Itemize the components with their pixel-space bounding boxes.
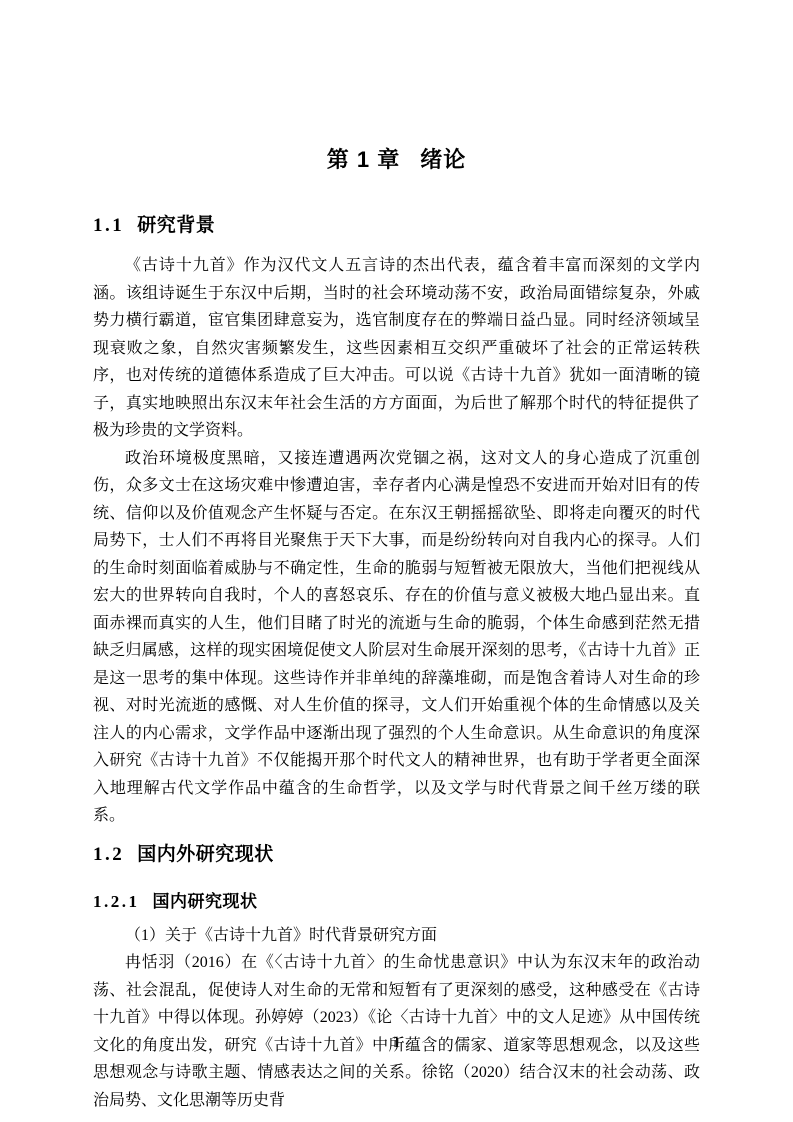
section-title-1-1: 研究背景 bbox=[137, 215, 215, 236]
paragraph-research-background-2: 政治环境极度黑暗，又接连遭遇两次党锢之祸，这对文人的身心造成了沉重创伤，众多文士… bbox=[93, 445, 700, 830]
section-heading-1-2: 1.2国内外研究现状 bbox=[93, 843, 700, 867]
subsection-heading-1-2-1: 1.2.1国内研究现状 bbox=[93, 891, 700, 913]
paragraph-topic-item-1: （1）关于《古诗十九首》时代背景研究方面 bbox=[93, 922, 700, 950]
paragraph-research-background-1: 《古诗十九首》作为汉代文人五言诗的杰出代表，蕴含着丰富而深刻的文学内涵。该组诗诞… bbox=[93, 252, 700, 445]
section-title-1-2: 国内外研究现状 bbox=[137, 844, 274, 865]
section-heading-1-1: 1.1研究背景 bbox=[93, 214, 700, 238]
page-number: 1 bbox=[0, 1034, 793, 1052]
subsection-title-1-2-1: 国内研究现状 bbox=[153, 892, 258, 911]
chapter-heading: 第 1 章绪论 bbox=[93, 147, 700, 173]
chapter-number: 第 1 章 bbox=[327, 147, 400, 172]
document-page: 第 1 章绪论 1.1研究背景 《古诗十九首》作为汉代文人五言诗的杰出代表，蕴含… bbox=[0, 0, 793, 1122]
section-number-1-2: 1.2 bbox=[93, 844, 124, 865]
section-number-1-1: 1.1 bbox=[93, 215, 124, 236]
paragraph-domestic-research: 冉恬羽（2016）在《〈古诗十九首〉的生命忧患意识》中认为东汉末年的政治动荡、社… bbox=[93, 949, 700, 1114]
subsection-number-1-2-1: 1.2.1 bbox=[93, 892, 140, 911]
chapter-title-text: 绪论 bbox=[420, 147, 466, 172]
